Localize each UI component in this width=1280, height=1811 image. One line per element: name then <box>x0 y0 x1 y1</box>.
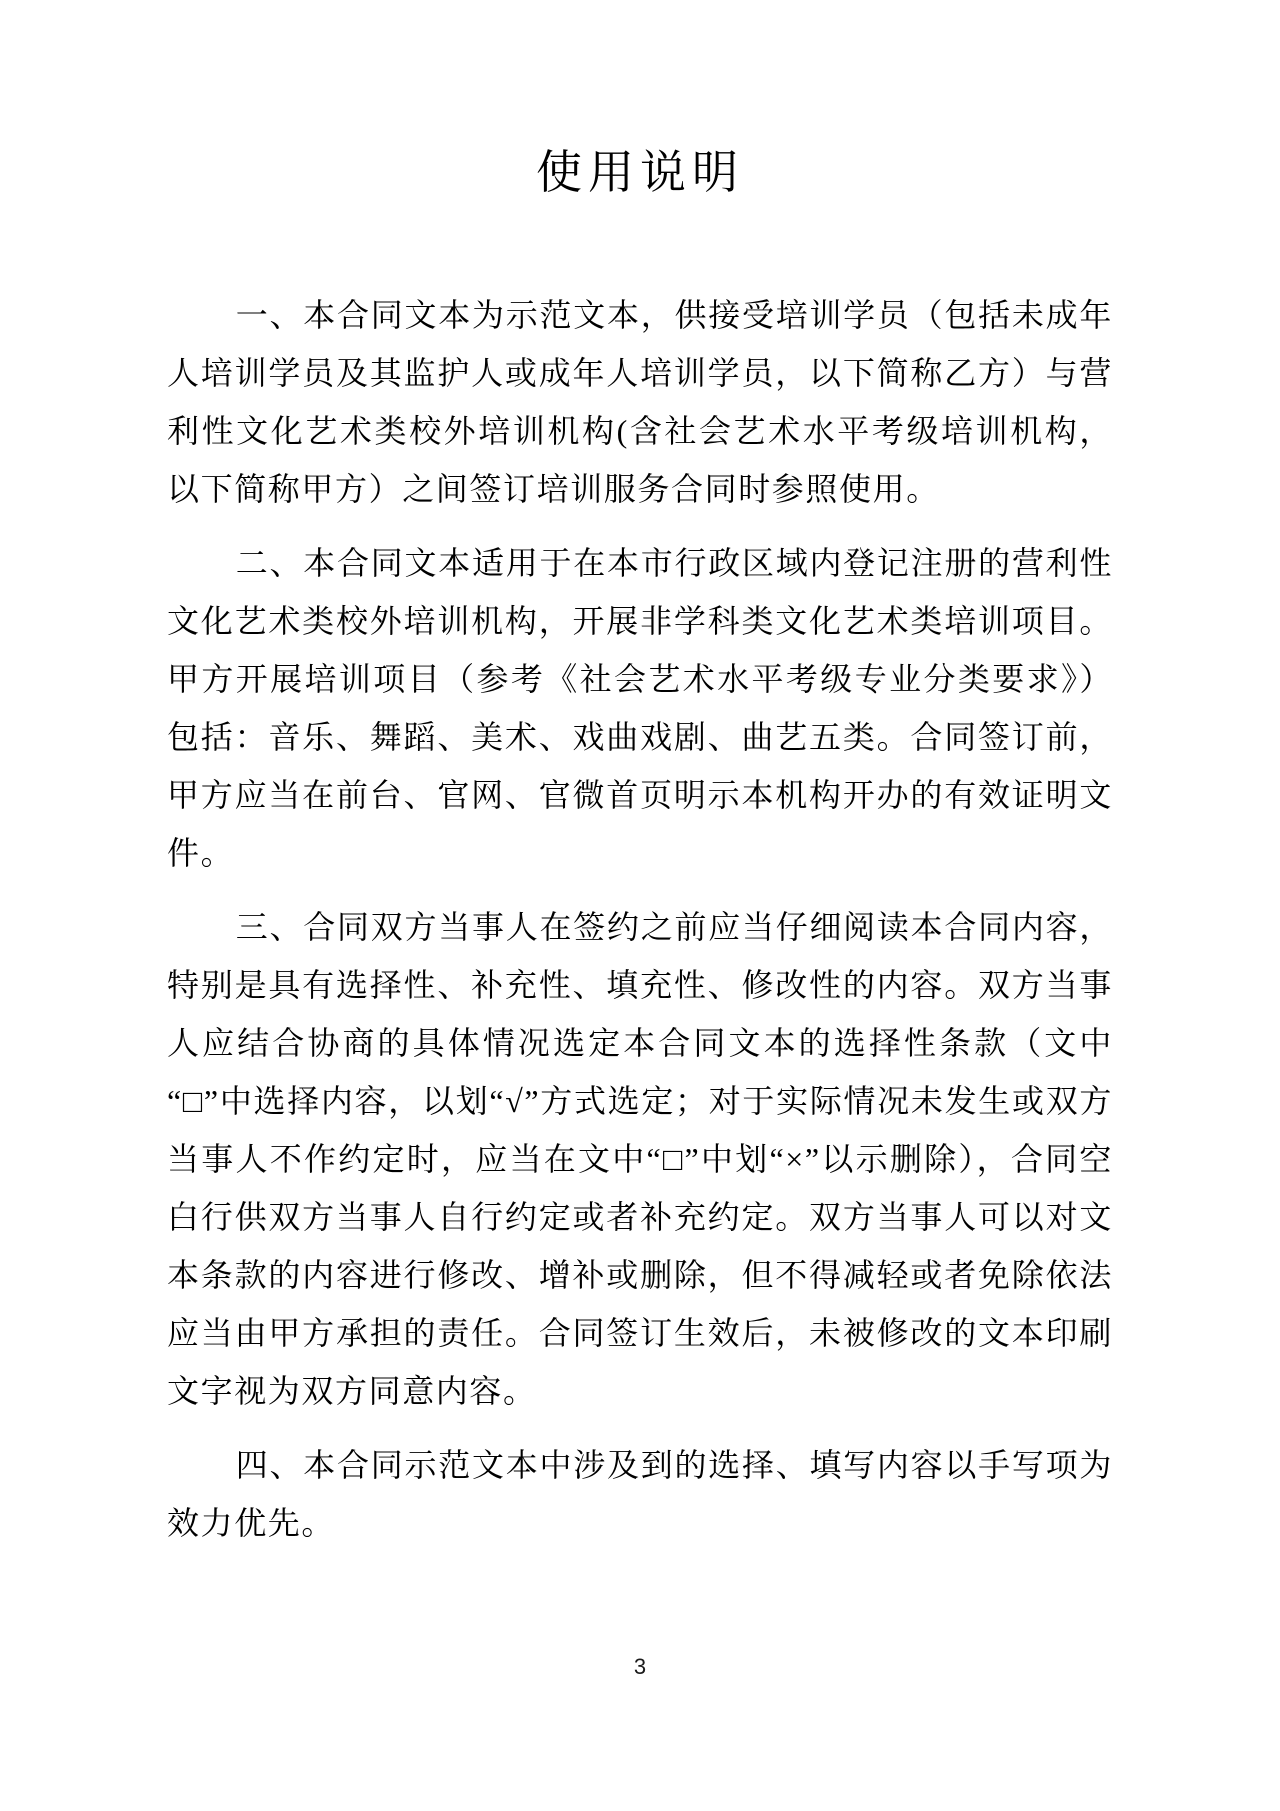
paragraph-3: 三、合同双方当事人在签约之前应当仔细阅读本合同内容，特别是具有选择性、补充性、填… <box>167 898 1113 1420</box>
page-number: 3 <box>0 1654 1280 1680</box>
document-body: 一、本合同文本为示范文本，供接受培训学员（包括未成年人培训学员及其监护人或成年人… <box>167 286 1113 1552</box>
page-title: 使用说明 <box>0 0 1280 208</box>
document-page: 使用说明 一、本合同文本为示范文本，供接受培训学员（包括未成年人培训学员及其监护… <box>0 0 1280 1811</box>
paragraph-1: 一、本合同文本为示范文本，供接受培训学员（包括未成年人培训学员及其监护人或成年人… <box>167 286 1113 518</box>
paragraph-4: 四、本合同示范文本中涉及到的选择、填写内容以手写项为效力优先。 <box>167 1436 1113 1552</box>
paragraph-2: 二、本合同文本适用于在本市行政区域内登记注册的营利性文化艺术类校外培训机构，开展… <box>167 534 1113 882</box>
